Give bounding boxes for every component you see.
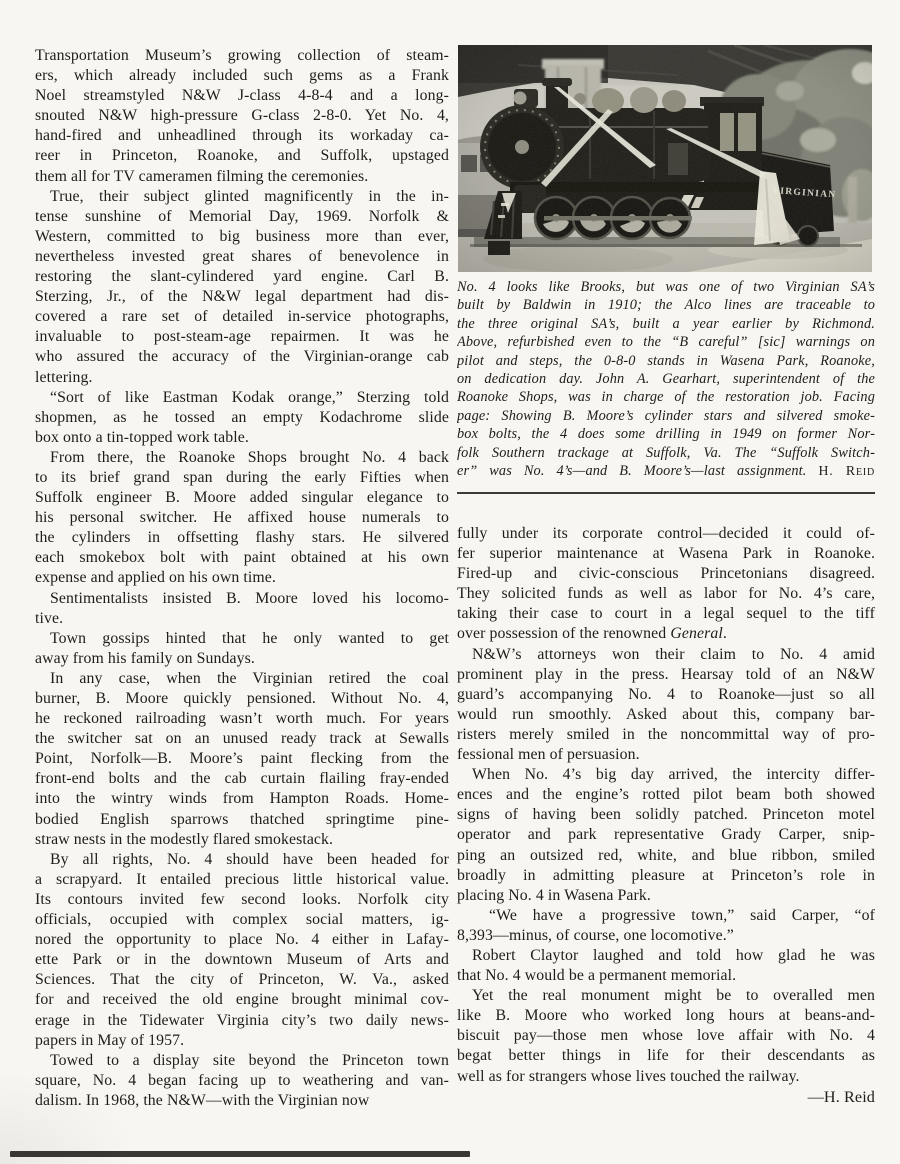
text-line: risters merely smiled in the noncommitta… (457, 725, 875, 745)
text-line: They solicited funds as well as labor fo… (457, 584, 875, 604)
section-divider-rule (457, 492, 875, 494)
text-line: fessional men of persuasion. (457, 745, 875, 765)
text-line: each smokebox bolt with paint obtained a… (35, 548, 449, 568)
caption-line: folk Southern trackage at Suffolk, Va. T… (457, 444, 875, 462)
text-line: Town gossips hinted that he only wanted … (35, 629, 449, 649)
text-line: Sterzing, Jr., of the N&W legal departme… (35, 287, 449, 307)
text-line: expense and applied on his own time. (35, 568, 449, 588)
text-line: Noel streamstyled N&W J-class 4-8-4 and … (35, 86, 449, 106)
text-line: shopmen, as he tossed an empty Kodachrom… (35, 408, 449, 428)
photo-vignette (458, 45, 872, 272)
text-line: ping an outsized red, white, and blue ri… (457, 846, 875, 866)
text-line: Sentimentalists insisted B. Moore loved … (35, 589, 449, 609)
paragraph: Transportation Museum’s growing collecti… (35, 46, 449, 187)
paragraph: “We have a progressive town,” said Carpe… (457, 906, 875, 946)
text-line: hand-fired and unheadlined through its w… (35, 126, 449, 146)
text-line: box onto a tin-topped work table. (35, 428, 449, 448)
text-line: tense sunshine of Memorial Day, 1969. No… (35, 207, 449, 227)
caption-line: Roanoke Shops, was in charge of the rest… (457, 388, 875, 406)
text-line: officials, occupied with complex social … (35, 910, 449, 930)
text-line: nored the opportunity to place No. 4 eit… (35, 930, 449, 950)
text-line: bodied English sparrows thatched springt… (35, 810, 449, 830)
text-line: 8,393—minus, of course, one locomotive.” (457, 926, 875, 946)
paragraph: True, their subject glinted magnificentl… (35, 187, 449, 388)
caption-line: built by Baldwin in 1910; the Alco lines… (457, 296, 875, 314)
text-line: papers in May of 1957. (35, 1031, 449, 1051)
paragraph: In any case, when the Virginian retired … (35, 669, 449, 850)
text-line: broadly in admitting pleasure at Princet… (457, 866, 875, 886)
text-line: nevertheless invested great shares of be… (35, 247, 449, 267)
paragraph: fully under its corporate control—decide… (457, 524, 875, 645)
paragraph: “Sort of like Eastman Kodak orange,” Ste… (35, 388, 449, 448)
text-line: restoring the slant-cylindered yard engi… (35, 267, 449, 287)
text-line: tive. (35, 609, 449, 629)
text-line: for and received the old engine brought … (35, 990, 449, 1010)
scan-artifact-bar (10, 1151, 470, 1157)
text-line: operator and park representative Grady C… (457, 825, 875, 845)
text-line: he reckoned railroading wasn’t worth muc… (35, 709, 449, 729)
paragraph: Town gossips hinted that he only wanted … (35, 629, 449, 669)
caption-line: No. 4 looks like Brooks, but was one of … (457, 278, 875, 296)
text-line: Transportation Museum’s growing collecti… (35, 46, 449, 66)
text-line: lettering. (35, 368, 449, 388)
text-line: True, their subject glinted magnificentl… (35, 187, 449, 207)
text-line: front-end bolts and the cab curtain flai… (35, 769, 449, 789)
text-line: begat better things in life for their de… (457, 1046, 875, 1066)
text-line: over possession of the renowned General. (457, 624, 875, 644)
text-line: to its brief grand span during the early… (35, 468, 449, 488)
text-line: N&W’s attorneys won their claim to No. 4… (457, 645, 875, 665)
caption-line: pilot and steps, the 0-8-0 stands in Was… (457, 352, 875, 370)
caption-line: box bolts, the 4 does some drilling in 1… (457, 425, 875, 443)
text-line: signs of having been solidly patched. Pr… (457, 805, 875, 825)
text-line: Western, committed to big business more … (35, 227, 449, 247)
text-line: fer superior maintenance at Wasena Park … (457, 544, 875, 564)
text-line: prominent play in the press. Hearsay tol… (457, 665, 875, 685)
text-line: In any case, when the Virginian retired … (35, 669, 449, 689)
author-signature: —H. Reid (457, 1087, 875, 1107)
text-line: guard’s accompanying No. 4 to Roanoke—ju… (457, 685, 875, 705)
text-line: “We have a progressive town,” said Carpe… (457, 906, 875, 926)
paragraph: From there, the Roanoke Shops brought No… (35, 448, 449, 589)
paragraph: Robert Claytor laughed and told how glad… (457, 946, 875, 986)
paper-texture-smudge (0, 1070, 140, 1164)
text-line: reer in Princeton, Roanoke, and Suffolk,… (35, 146, 449, 166)
caption-text: No. 4 looks like Brooks, but was one of … (457, 278, 875, 480)
caption-line: er” was No. 4’s—and B. Moore’s—last assi… (457, 462, 875, 480)
text-line: taking their case to court in a legal se… (457, 604, 875, 624)
text-line: that No. 4 would be a permanent memorial… (457, 966, 875, 986)
paragraph: Sentimentalists insisted B. Moore loved … (35, 589, 449, 629)
text-line: snouted N&W high-pressure G-class 2-8-0.… (35, 106, 449, 126)
text-line: burner, B. Moore quickly pensioned. With… (35, 689, 449, 709)
text-line: the cylinders in offsetting flashy stars… (35, 528, 449, 548)
text-line: his personal switcher. He affixed house … (35, 508, 449, 528)
text-line: Its contours invited few second looks. N… (35, 890, 449, 910)
text-line: fully under its corporate control—decide… (457, 524, 875, 544)
text-line: erage in the Tidewater Virginia city’s t… (35, 1011, 449, 1031)
photo-caption: No. 4 looks like Brooks, but was one of … (457, 278, 875, 480)
paragraph: Yet the real monument might be to overal… (457, 986, 875, 1086)
paragraph: When No. 4’s big day arrived, the interc… (457, 765, 875, 906)
caption-line: on dedication day. John A. Gearhart, sup… (457, 370, 875, 388)
text-line: Sciences. That the city of Princeton, W.… (35, 970, 449, 990)
text-line: well as for strangers whose lives touche… (457, 1067, 875, 1087)
text-line: them all for TV cameramen filming the ce… (35, 167, 449, 187)
text-line: like B. Moore who worked long hours at b… (457, 1006, 875, 1026)
text-line: away from his family on Sundays. (35, 649, 449, 669)
paragraph: N&W’s attorneys won their claim to No. 4… (457, 645, 875, 766)
text-line: the switcher sat on an unused ready trac… (35, 729, 449, 749)
text-line: who assured the accuracy of the Virginia… (35, 347, 449, 367)
text-line: a scrapyard. It entailed precious little… (35, 870, 449, 890)
text-line: ers, which already included such gems as… (35, 66, 449, 86)
left-text-column: Transportation Museum’s growing collecti… (35, 46, 449, 1111)
text-line: Yet the real monument might be to overal… (457, 986, 875, 1006)
right-text-column: fully under its corporate control—decide… (457, 524, 875, 1107)
text-line: invaluable to post-steam-age repairmen. … (35, 327, 449, 347)
text-line: Fired-up and civic-conscious Princetonia… (457, 564, 875, 584)
caption-line: Above, refurbished even to the “B carefu… (457, 333, 875, 351)
text-line: biscuit pay—those men whose love affair … (457, 1026, 875, 1046)
paragraph: By all rights, No. 4 should have been he… (35, 850, 449, 1051)
text-line: ette Park or in the downtown Museum of A… (35, 950, 449, 970)
right-column-text: fully under its corporate control—decide… (457, 524, 875, 1087)
locomotive-photo-art: VIRGINIAN (458, 45, 872, 272)
text-line: Suffolk engineer B. Moore added singular… (35, 488, 449, 508)
text-line: By all rights, No. 4 should have been he… (35, 850, 449, 870)
book-page: { "left_column": { "paragraphs": [ {"ind… (0, 0, 900, 1164)
text-line: Towed to a display site beyond the Princ… (35, 1051, 449, 1071)
text-line: into the wintry winds from Hampton Roads… (35, 789, 449, 809)
text-line: “Sort of like Eastman Kodak orange,” Ste… (35, 388, 449, 408)
left-column-text: Transportation Museum’s growing collecti… (35, 46, 449, 1111)
caption-line: page: Showing B. Moore’s cylinder stars … (457, 407, 875, 425)
text-line: placing No. 4 in Wasena Park. (457, 886, 875, 906)
locomotive-photo: VIRGINIAN (458, 45, 872, 272)
text-line: When No. 4’s big day arrived, the interc… (457, 765, 875, 785)
text-line: would run smoothly. Asked about this, co… (457, 705, 875, 725)
text-line: ences and the engine’s rotted pilot beam… (457, 785, 875, 805)
caption-credit: H. Reid (818, 463, 875, 478)
text-line: straw nests in the modestly flared smoke… (35, 830, 449, 850)
text-line: covered a rare set of detailed in-servic… (35, 307, 449, 327)
text-line: Point, Norfolk—B. Moore’s paint flecking… (35, 749, 449, 769)
caption-line: the three original SA’s, built a year ea… (457, 315, 875, 333)
text-line: Robert Claytor laughed and told how glad… (457, 946, 875, 966)
text-line: From there, the Roanoke Shops brought No… (35, 448, 449, 468)
